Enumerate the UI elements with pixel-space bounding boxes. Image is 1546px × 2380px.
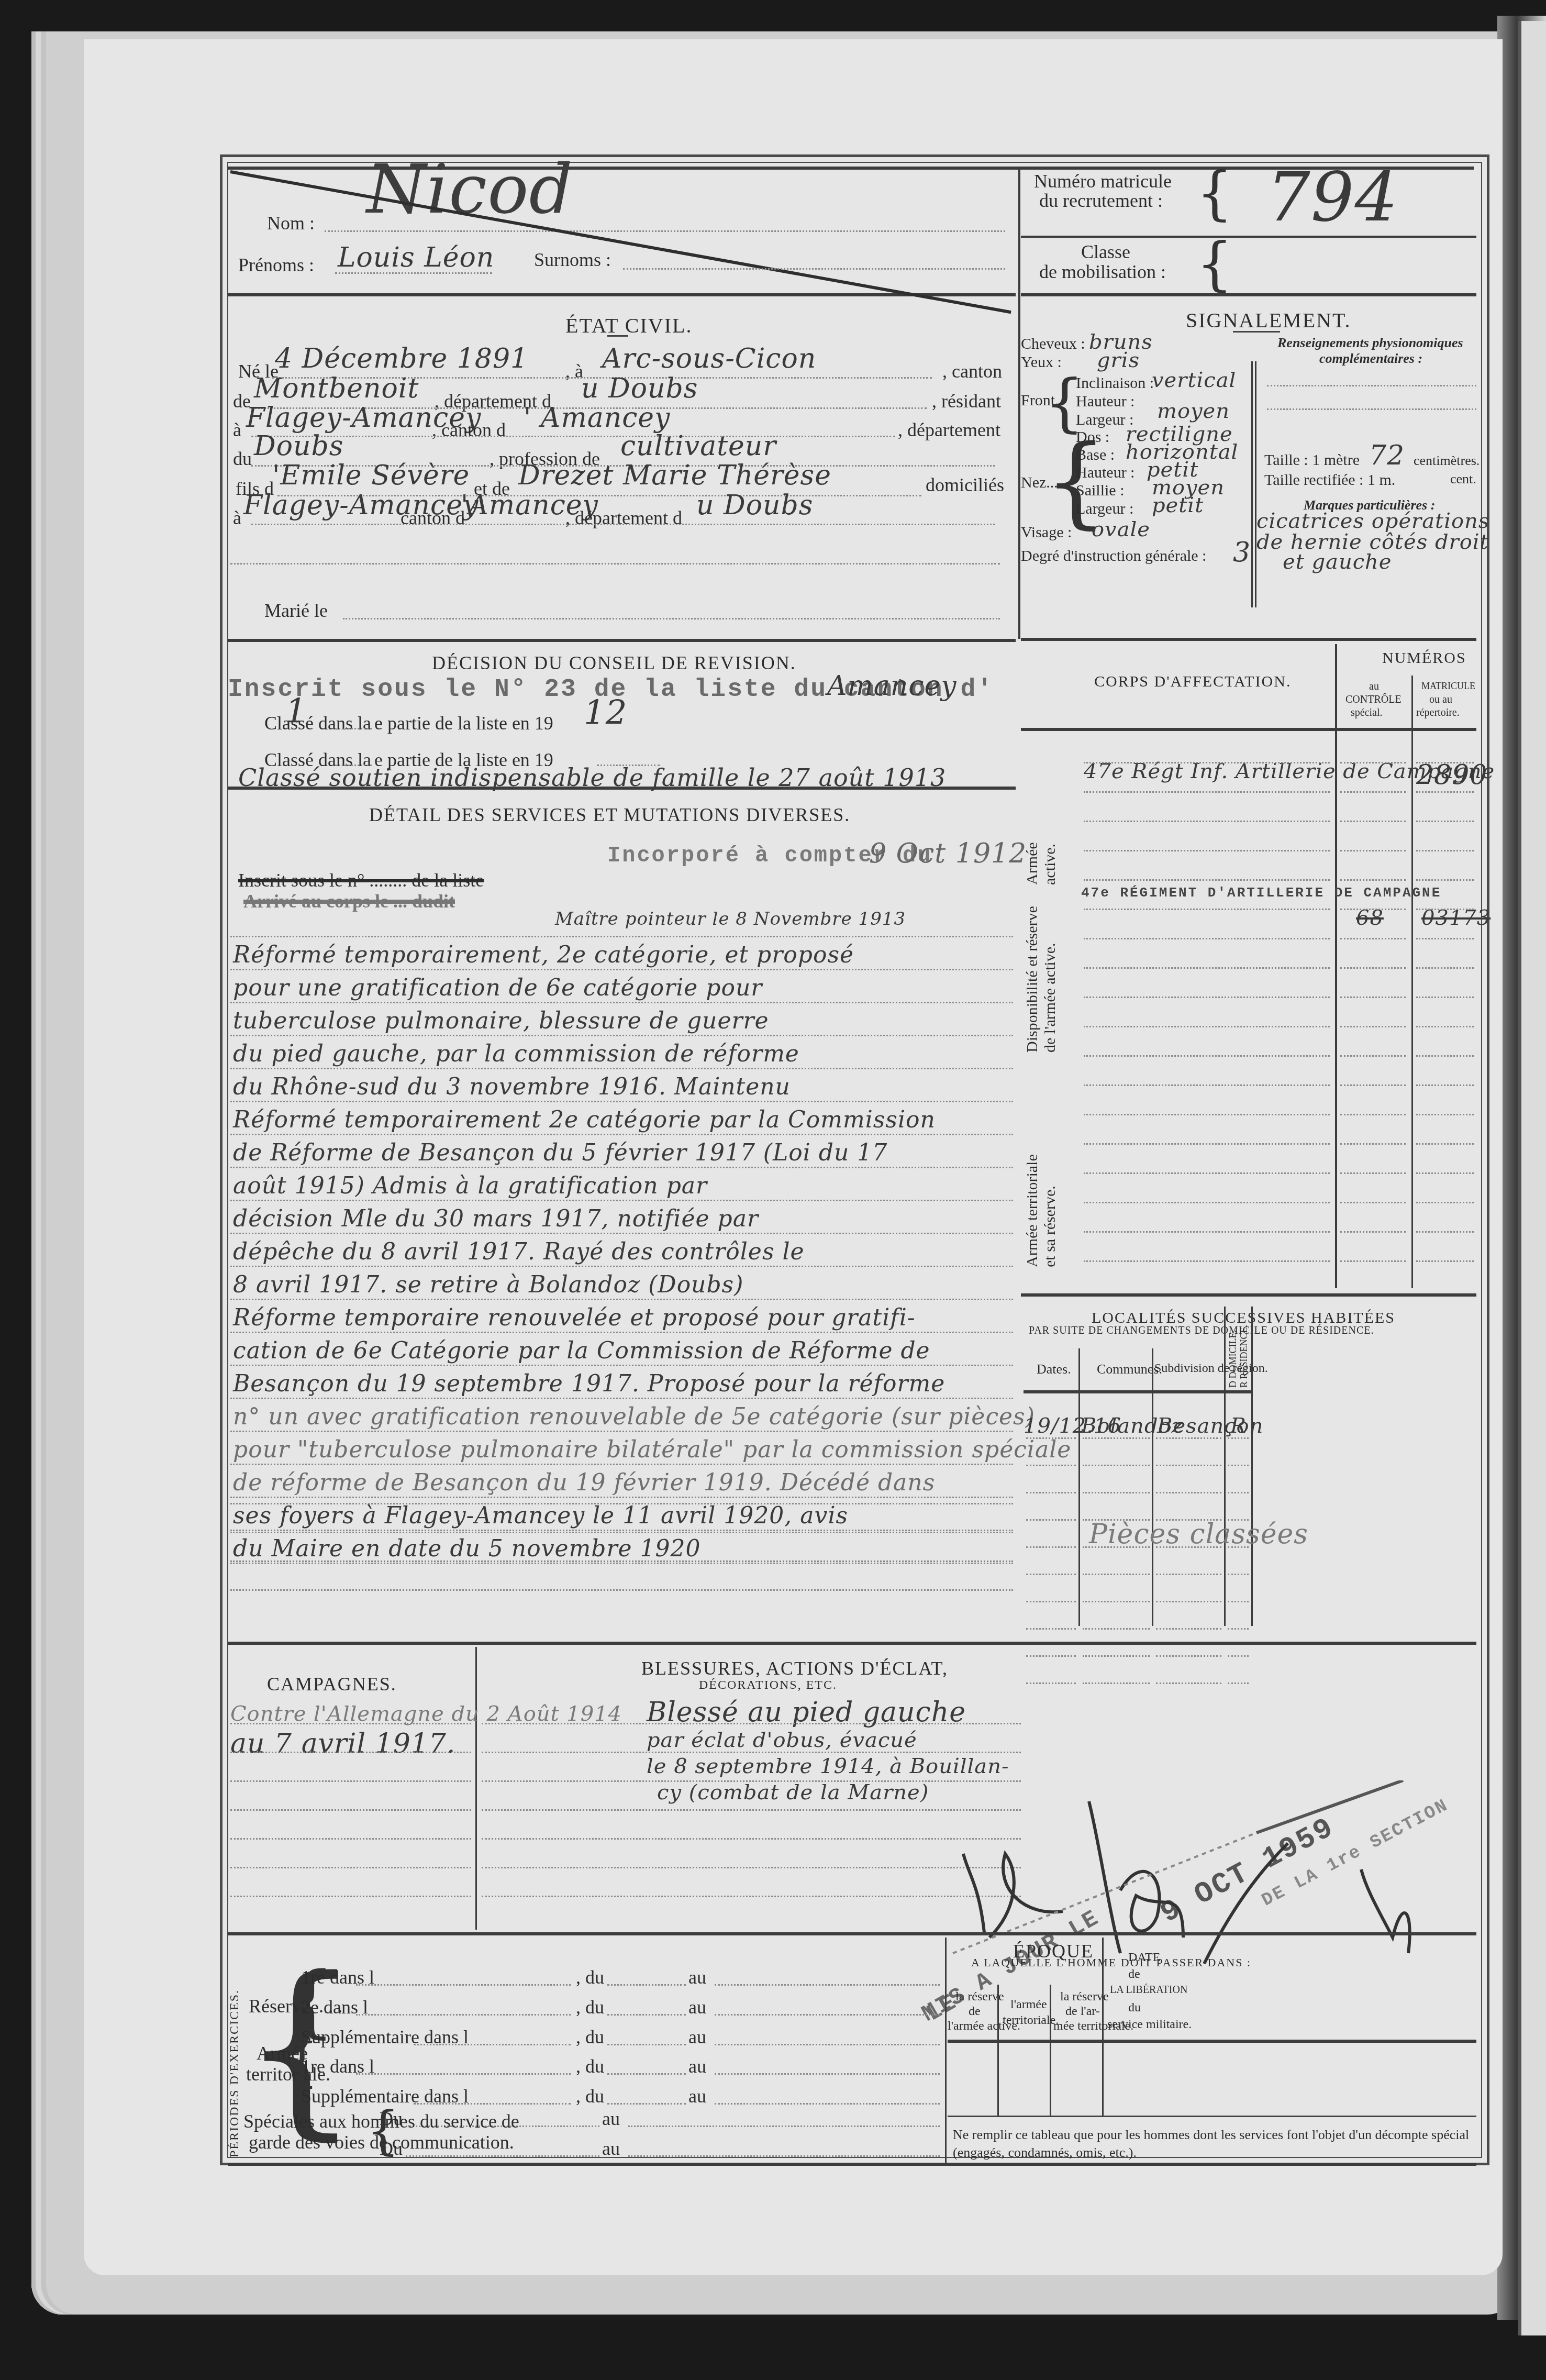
du-label: , du xyxy=(576,1996,604,2018)
a3-label: à xyxy=(233,507,241,529)
matricule-label-1: Numéro matricule xyxy=(1034,170,1172,192)
controle-h3: spécial. xyxy=(1351,707,1383,719)
service-line: cation de 6e Catégorie par la Commission… xyxy=(233,1337,930,1364)
signalement-title: SIGNALEMENT. xyxy=(1186,308,1351,333)
renseignements-label-2: complémentaires : xyxy=(1319,351,1422,367)
au-label: au xyxy=(688,2085,706,2107)
service-line: n° un avec gratification renouvelable de… xyxy=(233,1403,1035,1430)
a2-label: à xyxy=(233,419,241,441)
marques-line-3: et gauche xyxy=(1283,550,1392,574)
visage-value: ovale xyxy=(1092,517,1150,541)
controle-h1: au xyxy=(1369,681,1379,693)
incorpore-date: 9 Oct 1912 xyxy=(869,838,1027,869)
du-label: , du xyxy=(576,2026,604,2048)
surnoms-label: Surnoms : xyxy=(534,249,611,271)
birth-place: Arc-sous-Cicon xyxy=(602,343,816,374)
birth-canton: Montbenoit xyxy=(254,373,419,404)
nom-value: Nicod xyxy=(366,149,573,229)
departement2-label: , département xyxy=(898,419,1000,441)
numeros-title: NUMÉROS xyxy=(1382,649,1466,667)
blessures-line-4: cy (combat de la Marne) xyxy=(657,1780,929,1805)
classe-brace: { xyxy=(1196,230,1233,297)
canton2-label: , canton d xyxy=(432,419,506,441)
service-line: Maître pointeur le 8 Novembre 1913 xyxy=(555,909,906,929)
localites-subtitle: PAR SUITE DE CHANGEMENTS DE DOMICILE OU … xyxy=(1029,1325,1374,1337)
prenoms-label: Prénoms : xyxy=(238,254,314,276)
arrive-corps-struck: Arrivé au corps le ... dudit xyxy=(243,890,455,912)
au-label: au xyxy=(688,2055,706,2077)
classe1-annee: 12 xyxy=(584,694,627,733)
classe-label-1: Classe xyxy=(1081,241,1130,263)
service-line: du Rhône-sud du 3 novembre 1916. Mainten… xyxy=(233,1073,791,1100)
au-label: au xyxy=(688,1996,706,2018)
saillie-label: Saillie : xyxy=(1076,482,1125,500)
liberation-line: service militaire. xyxy=(1107,2018,1192,2032)
canton-label: , canton xyxy=(942,360,1002,382)
taille-rectifiee-unit: cent. xyxy=(1450,471,1476,487)
yeux-value: gris xyxy=(1097,348,1140,372)
residence-canton: ' Amancey xyxy=(524,402,670,434)
du-label: , du xyxy=(576,2055,604,2077)
controle-h2: CONTRÔLE xyxy=(1345,694,1402,706)
services-title: DÉTAIL DES SERVICES ET MUTATIONS DIVERSE… xyxy=(369,804,850,826)
domicilies-label: domiciliés xyxy=(926,474,1004,496)
service-line: Réforme temporaire renouvelée et proposé… xyxy=(233,1304,916,1331)
cheveux-label: Cheveux : xyxy=(1021,335,1085,353)
taille-value: 72 xyxy=(1369,440,1405,471)
blessures-subtitle: DÉCORATIONS, ETC. xyxy=(699,1678,837,1692)
campagnes-line-2: au 7 avril 1917. xyxy=(230,1728,456,1759)
mother: Drezet Marie Thérèse xyxy=(518,460,831,491)
blessures-line-2: par éclat d'obus, évacué xyxy=(647,1728,917,1752)
service-line: de réforme de Besançon du 19 février 191… xyxy=(233,1469,935,1496)
liberation-line: DATE xyxy=(1128,1951,1160,1965)
armee-active-label: Arméeactive. xyxy=(1024,780,1059,885)
next-page-edge xyxy=(1518,21,1546,2335)
dos-label: Dos : xyxy=(1076,428,1109,446)
birth-department: u Doubs xyxy=(581,373,698,404)
au-label: au xyxy=(688,2026,706,2048)
marie-label: Marié le xyxy=(264,600,328,622)
inscrit-canton: Amancey xyxy=(827,670,957,702)
etat-civil-title: ÉTAT CIVIL. xyxy=(565,313,692,338)
service-line: août 1915) Admis à la gratification par xyxy=(233,1172,707,1199)
conseil-title: DÉCISION DU CONSEIL DE REVISION. xyxy=(432,652,796,674)
matricule-value: 794 xyxy=(1267,157,1398,237)
territoriale-brace: { xyxy=(285,2032,319,2093)
periodes-side-label: PÉRIODES D'EXERCICES. xyxy=(228,1979,242,2157)
epoque-col3-l2: de l'ar- xyxy=(1065,2005,1100,2019)
blessures-line-3: le 8 septembre 1914, à Bouillan- xyxy=(647,1754,1009,1778)
liberation-line: de xyxy=(1128,1967,1140,1982)
front-hauteur-largeur-value: moyen xyxy=(1157,399,1230,423)
service-line: ses foyers à Flagey-Amancey le 11 avril … xyxy=(233,1502,848,1529)
residence-department: Doubs xyxy=(254,430,343,462)
service-line: 8 avril 1917. se retire à Bolandoz (Doub… xyxy=(233,1271,743,1298)
nom-label: Nom : xyxy=(267,212,315,234)
disponibilite-label: Disponibilité et réservede l'armée activ… xyxy=(1024,895,1059,1053)
du-label: du xyxy=(233,448,252,470)
matricule-label-2: du recrutement : xyxy=(1039,190,1163,212)
service-line: Réformé temporairement 2e catégorie par … xyxy=(233,1106,936,1133)
canton3-label: canton d xyxy=(401,507,465,529)
au-label: au xyxy=(602,2138,620,2160)
campagnes-title: CAMPAGNES. xyxy=(267,1673,397,1695)
taille-label: Taille : 1 mètre xyxy=(1264,451,1360,469)
instruction-value: 3 xyxy=(1233,537,1251,568)
nez-largeur-value: petit xyxy=(1152,493,1204,517)
territoriale-label: Armée territorialeet sa réserve. xyxy=(1024,1131,1059,1267)
matricule-h1: MATRICULE xyxy=(1421,681,1475,692)
reserve-entry: 47e RÉGIMENT D'ARTILLERIE DE CAMPAGNE xyxy=(1081,885,1441,901)
inclinaison-label: Inclinaison : xyxy=(1076,374,1154,392)
epoque-col3-l1: la réserve xyxy=(1060,1990,1109,2004)
service-line: pour "tuberculose pulmonaire bilatérale"… xyxy=(233,1436,1071,1463)
classe1-label-a: Classé dans la xyxy=(264,712,371,734)
du-label: , du xyxy=(576,1966,604,1988)
front-hauteur-label: Hauteur : xyxy=(1076,393,1135,411)
au-label: au xyxy=(602,2108,620,2130)
taille-rectifiee-label: Taille rectifiée : 1 m. xyxy=(1264,471,1395,489)
service-line: Réformé temporairement, 2e catégorie, et… xyxy=(233,942,854,968)
a-label: , à xyxy=(565,360,583,382)
col-subdivision: Subdivision de région. xyxy=(1154,1361,1268,1376)
profession: cultivateur xyxy=(620,430,776,462)
localite-dr: R xyxy=(1230,1414,1247,1438)
col-communes: Communes. xyxy=(1097,1361,1162,1377)
nez-largeur-label: Largeur : xyxy=(1076,500,1133,518)
au-label: au xyxy=(688,1966,706,1988)
service-line: dépêche du 8 avril 1917. Rayé des contrô… xyxy=(233,1238,805,1265)
base-label: Base : xyxy=(1076,446,1115,464)
inscrit-liste-struck: Inscrit sous le n° ........ de la liste xyxy=(238,869,484,891)
corps-title: CORPS D'AFFECTATION. xyxy=(1094,673,1291,691)
epoque-note: Ne remplir ce tableau que pour les homme… xyxy=(953,2126,1471,2162)
service-line: Besançon du 19 septembre 1917. Proposé p… xyxy=(233,1370,945,1397)
father: 'Emile Sévère xyxy=(272,460,470,491)
prenoms-value: Louis Léon xyxy=(338,242,494,273)
taille-unit: centimètres. xyxy=(1414,453,1480,469)
epoque-col2-l2: territoriale. xyxy=(1003,2013,1059,2028)
epoque-col2-l1: l'armée xyxy=(1010,1998,1047,2012)
epoque-col1-l2: de xyxy=(969,2005,981,2019)
blessures-title: BLESSURES, ACTIONS D'ÉCLAT, xyxy=(641,1657,948,1679)
classe-label-2: de mobilisation : xyxy=(1039,261,1166,283)
speciales-brace: { xyxy=(366,2100,400,2161)
liberation-line: du xyxy=(1128,2001,1141,2015)
epoque-subtitle: A LAQUELLE L'HOMME DOIT PASSER DANS : xyxy=(971,1956,1251,1969)
service-line: du pied gauche, par la commission de réf… xyxy=(233,1040,799,1067)
matricule-h3: répertoire. xyxy=(1416,707,1460,719)
classe1-partie: 1 xyxy=(285,692,307,731)
localite-subdivision: Besançon xyxy=(1157,1414,1263,1438)
parents-department: u Doubs xyxy=(696,490,813,521)
dr-header: D DOMICILE.R RÉSIDENCE. xyxy=(1228,1314,1250,1388)
inclinaison-value: vertical xyxy=(1152,368,1236,392)
birth-date: 4 Décembre 1891 xyxy=(275,343,528,374)
service-line: tuberculose pulmonaire, blessure de guer… xyxy=(233,1008,769,1034)
top-divider xyxy=(1018,168,1020,639)
matricule-h2: ou au xyxy=(1429,694,1452,706)
instruction-label: Degré d'instruction générale : xyxy=(1021,547,1206,565)
col-dates: Dates. xyxy=(1037,1361,1071,1377)
service-line: de Réforme de Besançon du 5 février 1917… xyxy=(233,1139,887,1166)
service-line: décision Mle du 30 mars 1917, notifiée p… xyxy=(233,1205,759,1232)
renseignements-label-1: Renseignements physionomiques xyxy=(1277,335,1463,351)
service-line: pour une gratification de 6e catégorie p… xyxy=(233,975,762,1001)
service-line: du Maire en date du 5 novembre 1920 xyxy=(233,1535,701,1562)
classe1-label-b: e partie de la liste en 19 xyxy=(374,712,553,734)
residant-label: , résidant xyxy=(932,390,1001,412)
matricule-brace: { xyxy=(1196,160,1233,227)
liberation-line: LA LIBÉRATION xyxy=(1110,1984,1187,1996)
visage-label: Visage : xyxy=(1021,524,1072,541)
active-matricule: 2890 xyxy=(1416,759,1487,791)
du-label: , du xyxy=(576,2085,604,2107)
epoque-col1-l1: la réserve xyxy=(955,1990,1004,2004)
departement3-label: , département d xyxy=(565,507,682,529)
localites-note: Pièces classées xyxy=(1089,1519,1308,1550)
nez-hauteur-label: Hauteur : xyxy=(1076,464,1135,482)
